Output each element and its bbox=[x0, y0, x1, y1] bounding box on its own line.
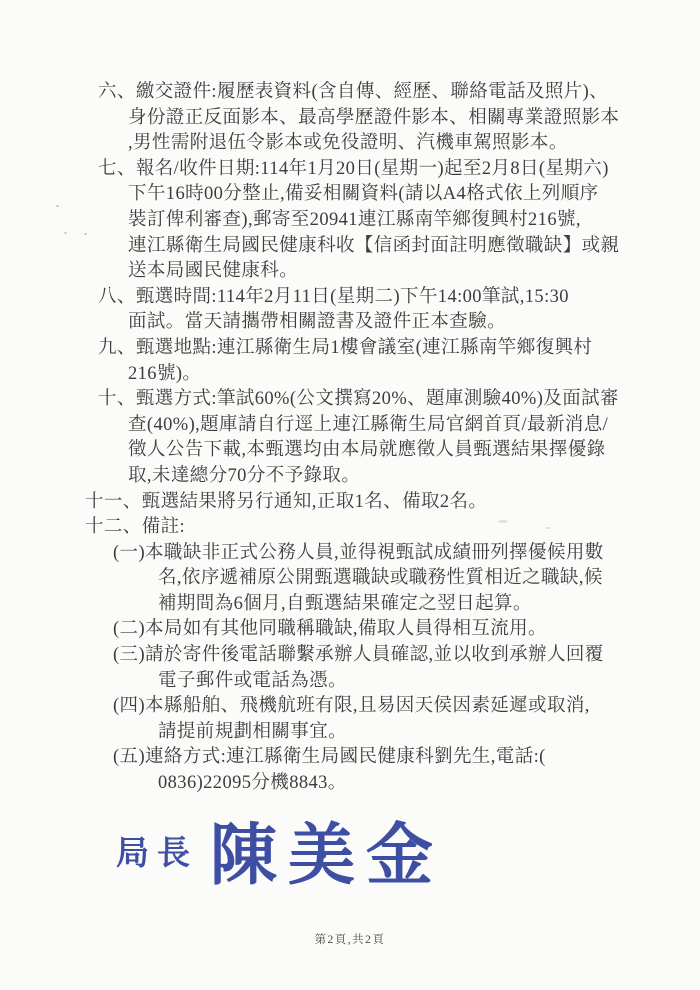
subitem-number: (三) bbox=[113, 645, 145, 665]
notice-subline: (一)本職缺非正式公務人員,並得視甄試成績冊列擇優候用數 bbox=[0, 541, 700, 567]
item-number: 八、 bbox=[98, 287, 136, 307]
item-number: 七、 bbox=[98, 159, 136, 179]
scan-speck bbox=[84, 233, 87, 235]
notice-line: 七、報名/收件日期:114年1月20日(星期一)起至2月8日(星期六) bbox=[0, 157, 700, 183]
scan-speck bbox=[56, 205, 59, 207]
notice-subline: 請提前規劃相關事宜。 bbox=[0, 720, 700, 746]
notice-line: 下午16時00分整止,備妥相關資料(請以A4格式依上列順序 bbox=[0, 182, 700, 208]
scan-speck bbox=[498, 520, 508, 523]
signature-name: 陳美金 bbox=[210, 802, 444, 898]
notice-line: 面試。當天請攜帶相關證書及證件正本查驗。 bbox=[0, 310, 700, 336]
subitem-number: (一) bbox=[113, 543, 145, 563]
notice-subline: (二)本局如有其他同職稱職缺,備取人員得相互流用。 bbox=[0, 617, 700, 643]
scan-speck bbox=[64, 232, 67, 234]
notice-line: 裝訂俾利審查),郵寄至20941連江縣南竿鄉復興村216號, bbox=[0, 208, 700, 234]
line-text: 本局如有其他同職稱職缺,備取人員得相互流用。 bbox=[145, 619, 547, 639]
item-number: 六、 bbox=[98, 82, 136, 102]
notice-subline: 0836)22095分機8843。 bbox=[0, 771, 700, 797]
item-number: 十二、 bbox=[85, 517, 142, 537]
notice-subline: (五)連絡方式:連江縣衛生局國民健康科劉先生,電話:( bbox=[0, 745, 700, 771]
notice-subline: 名,依序遞補原公開甄選職缺或職務性質相近之職缺,候 bbox=[0, 566, 700, 592]
notice-line: 八、甄選時間:114年2月11日(星期二)下午14:00筆試,15:30 bbox=[0, 285, 700, 311]
line-text: 連絡方式:連江縣衛生局國民健康科劉先生,電話:( bbox=[145, 747, 546, 767]
director-signature: 局長陳美金 bbox=[116, 802, 444, 898]
signature-title: 局長 bbox=[116, 827, 198, 874]
line-text: 甄選結果將另行通知,正取1名、備取2名。 bbox=[142, 492, 488, 512]
notice-line: 十一、甄選結果將另行通知,正取1名、備取2名。 bbox=[0, 490, 700, 516]
notice-subline: (三)請於寄件後電話聯繫承辦人員確認,並以收到承辦人回覆 bbox=[0, 643, 700, 669]
notice-line: ,男性需附退伍令影本或免役證明、汽機車駕照影本。 bbox=[0, 131, 700, 157]
notice-subline: 補期間為6個月,自甄選結果確定之翌日起算。 bbox=[0, 592, 700, 618]
subitem-number: (四) bbox=[113, 696, 145, 716]
line-text: 本縣船舶、飛機航班有限,且易因天侯因素延遲或取消, bbox=[145, 696, 590, 716]
line-text: 備註: bbox=[142, 517, 185, 537]
line-text: 甄選地點:連江縣衛生局1樓會議室(連江縣南竿鄉復興村 bbox=[136, 338, 592, 358]
item-number: 十、 bbox=[98, 389, 136, 409]
scan-speck bbox=[545, 527, 551, 529]
notice-line: 九、甄選地點:連江縣衛生局1樓會議室(連江縣南竿鄉復興村 bbox=[0, 336, 700, 362]
notice-line: 十二、備註: bbox=[0, 515, 700, 541]
line-text: 請於寄件後電話聯繫承辦人員確認,並以收到承辦人回覆 bbox=[145, 645, 604, 665]
notice-line: 六、繳交證件:履歷表資料(含自傳、經歷、聯絡電話及照片)、 bbox=[0, 80, 700, 106]
notice-line: 十、甄選方式:筆試60%(公文撰寫20%、題庫測驗40%)及面試審 bbox=[0, 387, 700, 413]
subitem-number: (二) bbox=[113, 619, 145, 639]
notice-line: 查(40%),題庫請自行逕上連江縣衛生局官網首頁/最新消息/ bbox=[0, 413, 700, 439]
notice-line: 216號)。 bbox=[0, 362, 700, 388]
scanned-document-page: 六、繳交證件:履歷表資料(含自傳、經歷、聯絡電話及照片)、 身份證正反面影本、最… bbox=[0, 0, 700, 990]
notice-line: 連江縣衛生局國民健康科收【信函封面註明應徵職缺】或親 bbox=[0, 234, 700, 260]
line-text: 繳交證件:履歷表資料(含自傳、經歷、聯絡電話及照片)、 bbox=[136, 82, 608, 102]
notice-line: 送本局國民健康科。 bbox=[0, 259, 700, 285]
line-text: 甄選時間:114年2月11日(星期二)下午14:00筆試,15:30 bbox=[136, 287, 569, 307]
page-number-footer: 第2頁,共2頁 bbox=[0, 931, 700, 947]
notice-line: 身份證正反面影本、最高學歷證件影本、相關專業證照影本 bbox=[0, 106, 700, 132]
subitem-number: (五) bbox=[113, 747, 145, 767]
notice-body: 六、繳交證件:履歷表資料(含自傳、經歷、聯絡電話及照片)、 身份證正反面影本、最… bbox=[0, 80, 700, 797]
line-text: 本職缺非正式公務人員,並得視甄試成績冊列擇優候用數 bbox=[145, 543, 604, 563]
line-text: 甄選方式:筆試60%(公文撰寫20%、題庫測驗40%)及面試審 bbox=[136, 389, 619, 409]
line-text: 報名/收件日期:114年1月20日(星期一)起至2月8日(星期六) bbox=[136, 159, 609, 179]
notice-subline: 電子郵件或電話為憑。 bbox=[0, 669, 700, 695]
notice-line: 取,未達總分70分不予錄取。 bbox=[0, 464, 700, 490]
notice-subline: (四)本縣船舶、飛機航班有限,且易因天侯因素延遲或取消, bbox=[0, 694, 700, 720]
notice-line: 徵人公告下載,本甄選均由本局就應徵人員甄選結果擇優錄 bbox=[0, 438, 700, 464]
item-number: 九、 bbox=[98, 338, 136, 358]
item-number: 十一、 bbox=[85, 492, 142, 512]
